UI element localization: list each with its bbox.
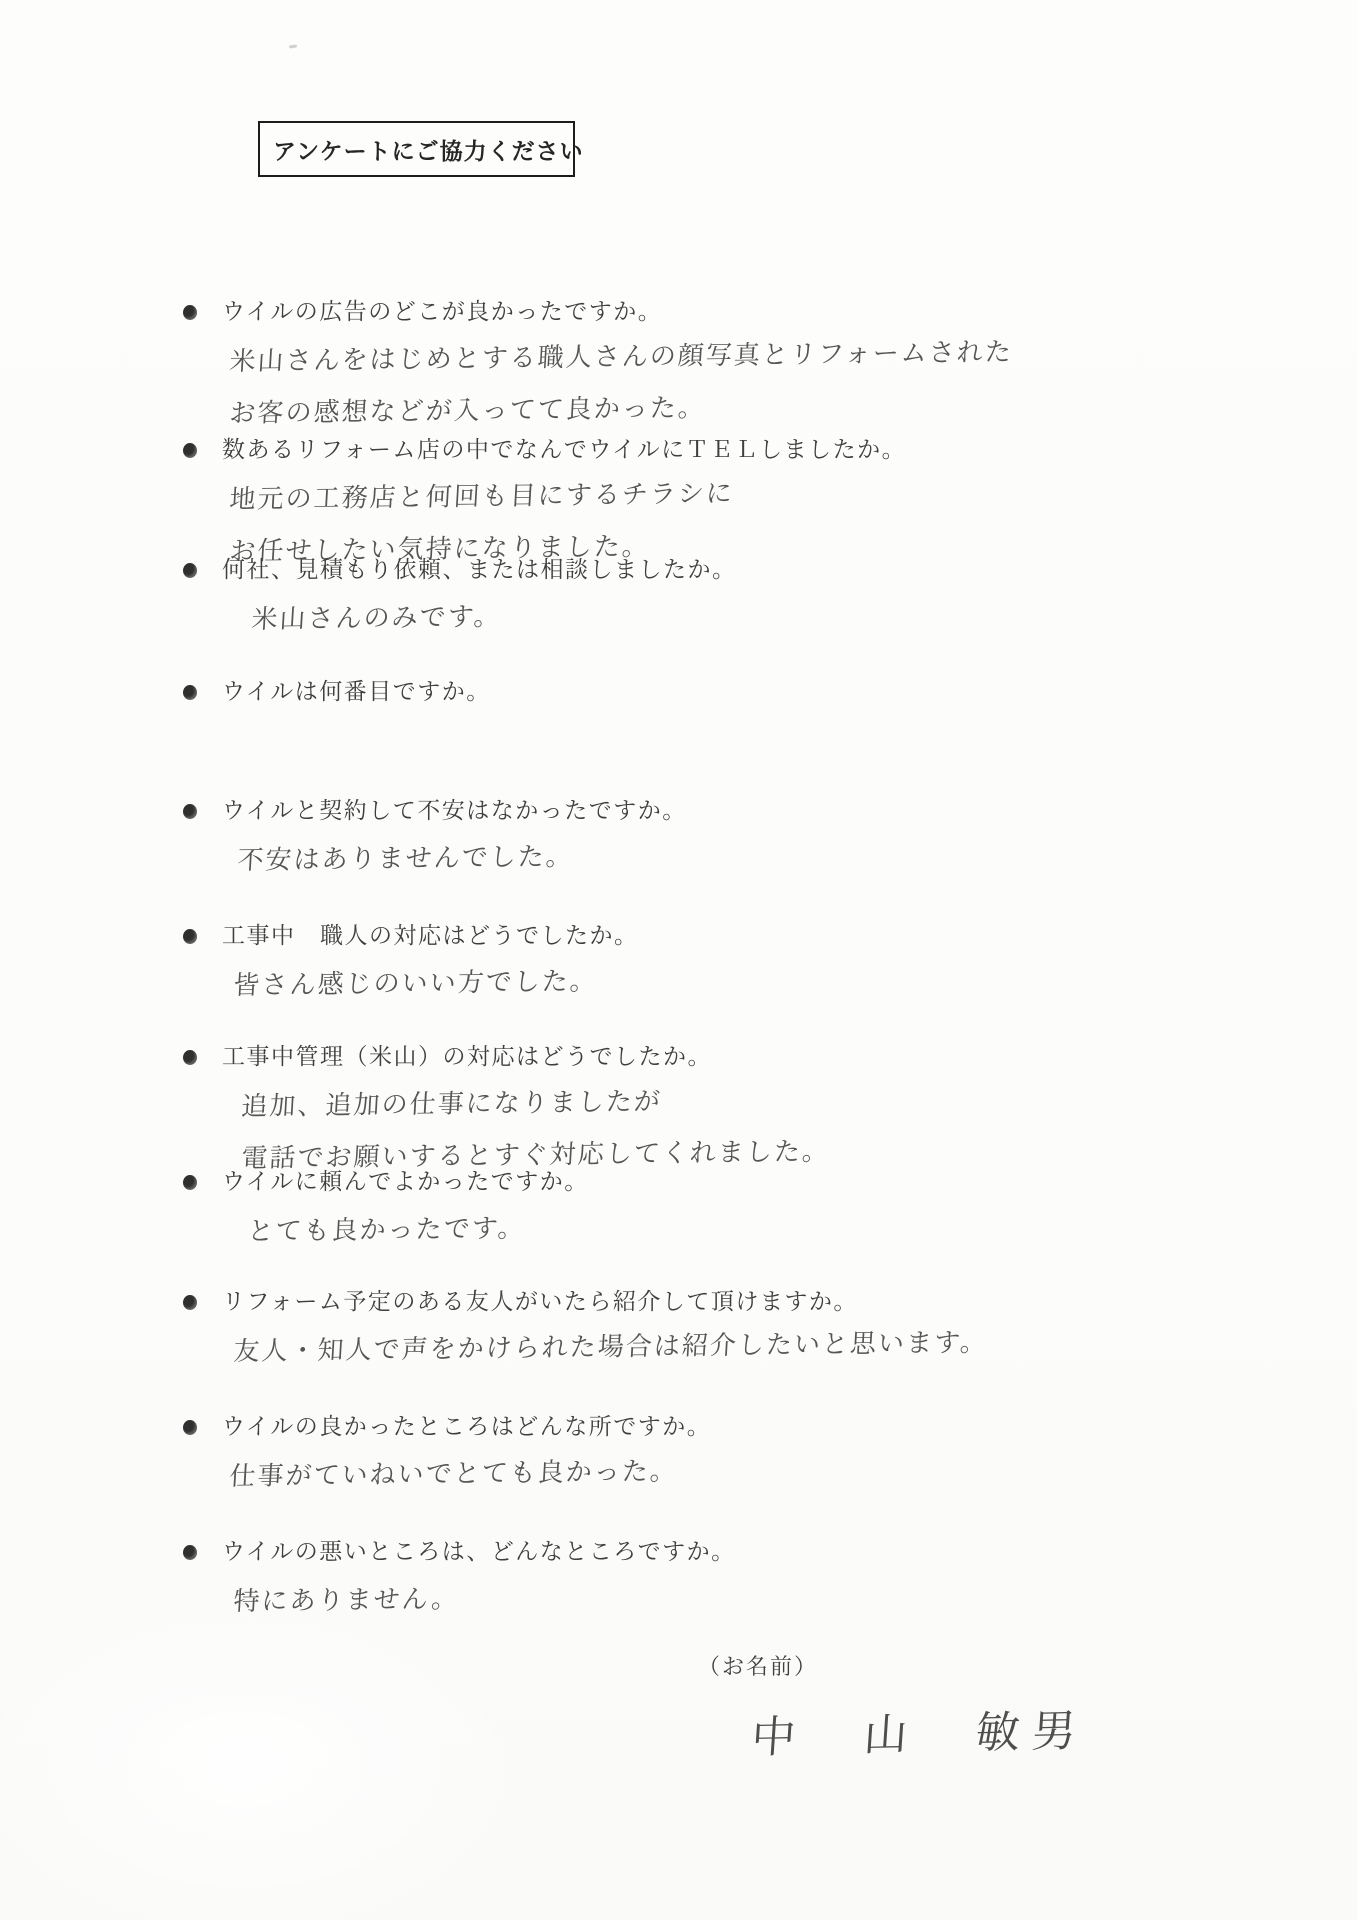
question-text: ウイルの悪いところは、どんなところですか。 — [222, 1536, 736, 1568]
question-item: ウイルの悪いところは、どんなところですか。 特にありません。 — [183, 1536, 1263, 1628]
answer-line: 米山さんのみです。 — [250, 582, 1264, 646]
question-item: ウイルの良かったところはどんな所ですか。 仕事がていねいでとても良かった。 — [183, 1411, 1263, 1503]
question-item: 工事中 職人の対応はどうでしたか。 皆さん感じのいい方でした。 — [183, 920, 1263, 1012]
handwritten-answer: 皆さん感じのいい方でした。 — [235, 960, 1263, 1012]
handwritten-answer: とても良かったです。 — [249, 1206, 1263, 1258]
question-item: ウイルと契約して不安はなかったですか。 不安はありませんでした。 — [183, 795, 1263, 887]
question-text: 数あるリフォーム店の中でなんでウイルにＴＥＬしましたか。 — [222, 434, 906, 466]
question-item: ウイルの広告のどこが良かったですか。 米山さんをはじめとする職人さんの顔写真とリ… — [183, 296, 1263, 440]
answer-line: 不安はありませんでした。 — [236, 822, 1264, 887]
question-item: ウイルに頼んでよかったですか。 とても良かったです。 — [183, 1166, 1263, 1258]
answer-line: 友人・知人で声をかけられた場合は紹介したいと思います。 — [232, 1313, 1264, 1378]
answer-line: 特にありません。 — [232, 1563, 1264, 1628]
handwritten-answer: 友人・知人で声をかけられた場合は紹介したいと思います。 — [235, 1326, 1263, 1378]
handwritten-answer: 不安はありませんでした。 — [239, 835, 1263, 887]
scan-artifact — [289, 44, 297, 48]
bullet-icon — [183, 1545, 197, 1560]
bullet-icon — [183, 443, 197, 458]
question-item: リフォーム予定のある友人がいたら紹介して頂けますか。 友人・知人で声をかけられた… — [183, 1286, 1263, 1378]
bullet-icon — [183, 804, 197, 819]
handwritten-answer: 仕事がていねいでとても良かった。 — [231, 1451, 1263, 1503]
question-text: 工事中 職人の対応はどうでしたか。 — [222, 920, 639, 952]
handwritten-answer: 特にありません。 — [235, 1576, 1263, 1628]
bullet-icon — [183, 305, 197, 320]
question-text: 工事中管理（米山）の対応はどうでしたか。 — [222, 1041, 712, 1073]
question-text: ウイルの良かったところはどんな所ですか。 — [222, 1411, 711, 1443]
handwritten-answer: 米山さんのみです。 — [253, 594, 1263, 646]
question-text: ウイルは何番目ですか。 — [222, 676, 491, 708]
question-text: ウイルと契約して不安はなかったですか。 — [222, 795, 687, 827]
bullet-icon — [183, 563, 197, 578]
questionnaire-title: アンケートにご協力ください — [273, 133, 584, 166]
bullet-icon — [183, 685, 197, 700]
name-field-label: （お名前） — [698, 1650, 818, 1681]
answer-line: 仕事がていねいでとても良かった。 — [228, 1438, 1264, 1503]
question-text: ウイルの広告のどこが良かったですか。 — [222, 296, 662, 328]
bullet-icon — [183, 1295, 197, 1310]
question-item: ウイルは何番目ですか。 — [183, 676, 1263, 708]
handwritten-answer: 米山さんをはじめとする職人さんの顔写真とリフォームされた お客の感想などが入って… — [231, 336, 1263, 440]
questionnaire-title-box: アンケートにご協力ください — [258, 121, 575, 177]
question-item: 何社、見積もり依頼、または相談しましたか。 米山さんのみです。 — [183, 554, 1263, 646]
question-text: ウイルに頼んでよかったですか。 — [222, 1166, 589, 1198]
answer-line: とても良かったです。 — [246, 1194, 1264, 1258]
bullet-icon — [183, 1420, 197, 1435]
scanned-questionnaire-page: アンケートにご協力ください ウイルの広告のどこが良かったですか。 米山さんをはじ… — [0, 0, 1357, 1920]
handwritten-signature: 中 山 敏男 — [750, 1694, 1091, 1765]
question-text: リフォーム予定のある友人がいたら紹介して頂けますか。 — [222, 1286, 858, 1318]
bullet-icon — [183, 1050, 197, 1065]
bullet-icon — [183, 929, 197, 944]
question-item: 工事中管理（米山）の対応はどうでしたか。 追加、追加の仕事になりましたが 電話で… — [183, 1041, 1263, 1185]
bullet-icon — [183, 1175, 197, 1190]
answer-line: 皆さん感じのいい方でした。 — [232, 947, 1264, 1012]
question-text: 何社、見積もり依頼、または相談しましたか。 — [222, 554, 737, 586]
